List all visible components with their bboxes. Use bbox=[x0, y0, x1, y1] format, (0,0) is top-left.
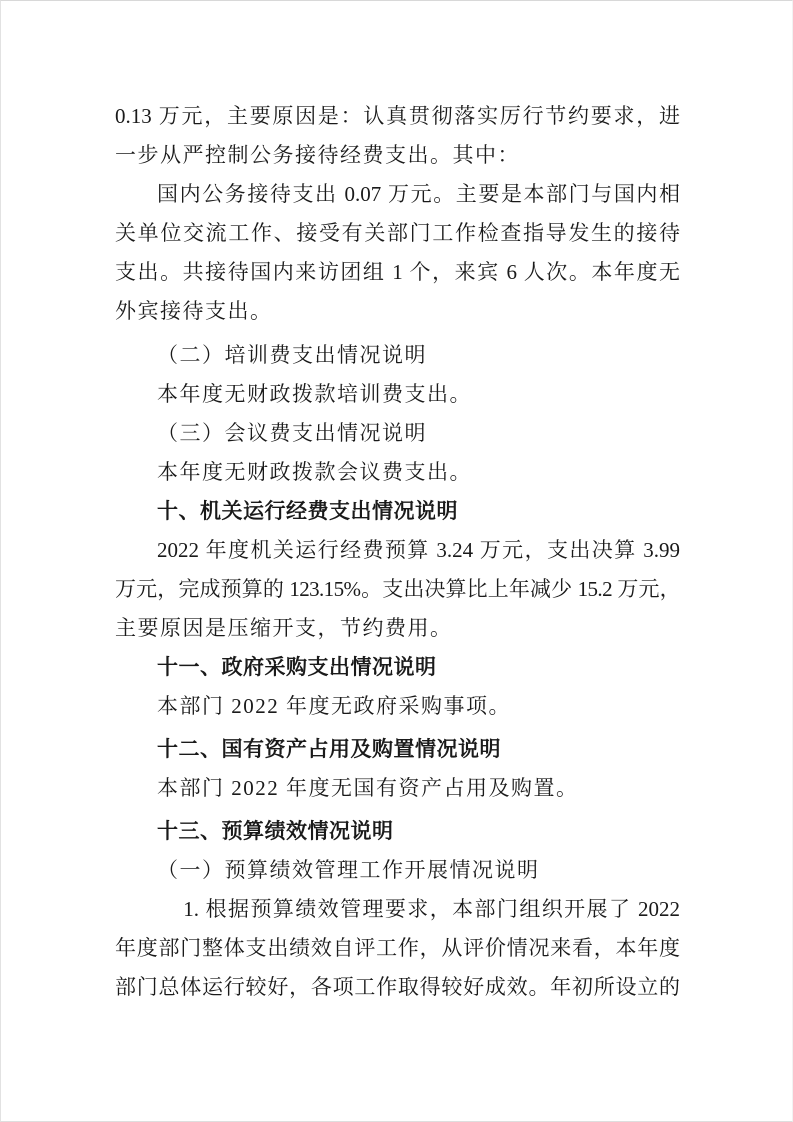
text-line: 外宾接待支出。 bbox=[115, 292, 680, 331]
section-heading-line: 十二、国有资产占用及购置情况说明 bbox=[115, 730, 680, 769]
text-line: 本年度无财政拨款会议费支出。 bbox=[115, 453, 680, 492]
text-line: 本年度无财政拨款培训费支出。 bbox=[115, 375, 680, 414]
subsection-heading-line: （三）会议费支出情况说明 bbox=[115, 414, 680, 453]
text-line: 部门总体运行较好，各项工作取得较好成效。年初所设立的 bbox=[115, 968, 680, 1007]
subsection-heading-line: （二）培训费支出情况说明 bbox=[115, 336, 680, 375]
document-text-block: 0.13 万元，主要原因是：认真贯彻落实厉行节约要求，进 一步从严控制公务接待经… bbox=[115, 97, 680, 1007]
document-page: 0.13 万元，主要原因是：认真贯彻落实厉行节约要求，进 一步从严控制公务接待经… bbox=[0, 0, 793, 1122]
text-line: 关单位交流工作、接受有关部门工作检查指导发生的接待 bbox=[115, 214, 680, 253]
subsection-heading-line: （一）预算绩效管理工作开展情况说明 bbox=[115, 851, 680, 890]
text-line: 主要原因是压缩开支，节约费用。 bbox=[115, 609, 680, 648]
section-heading-line: 十、机关运行经费支出情况说明 bbox=[115, 492, 680, 531]
text-line: 国内公务接待支出 0.07 万元。主要是本部门与国内相 bbox=[115, 175, 680, 214]
text-line: 本部门 2022 年度无政府采购事项。 bbox=[115, 687, 680, 726]
text-line: 年度部门整体支出绩效自评工作，从评价情况来看，本年度 bbox=[115, 929, 680, 968]
section-heading-line: 十一、政府采购支出情况说明 bbox=[115, 648, 680, 687]
text-line: 一步从严控制公务接待经费支出。其中： bbox=[115, 136, 680, 175]
text-line: 支出。共接待国内来访团组 1 个，来宾 6 人次。本年度无 bbox=[115, 253, 680, 292]
text-line: 万元，完成预算的 123.15%。支出决算比上年减少 15.2 万元， bbox=[115, 570, 680, 609]
text-line: 2022 年度机关运行经费预算 3.24 万元，支出决算 3.99 bbox=[115, 531, 680, 570]
text-line: 0.13 万元，主要原因是：认真贯彻落实厉行节约要求，进 bbox=[115, 97, 680, 136]
text-line: 本部门 2022 年度无国有资产占用及购置。 bbox=[115, 769, 680, 808]
text-line: 1. 根据预算绩效管理要求，本部门组织开展了 2022 bbox=[115, 890, 680, 929]
section-heading-line: 十三、预算绩效情况说明 bbox=[115, 812, 680, 851]
